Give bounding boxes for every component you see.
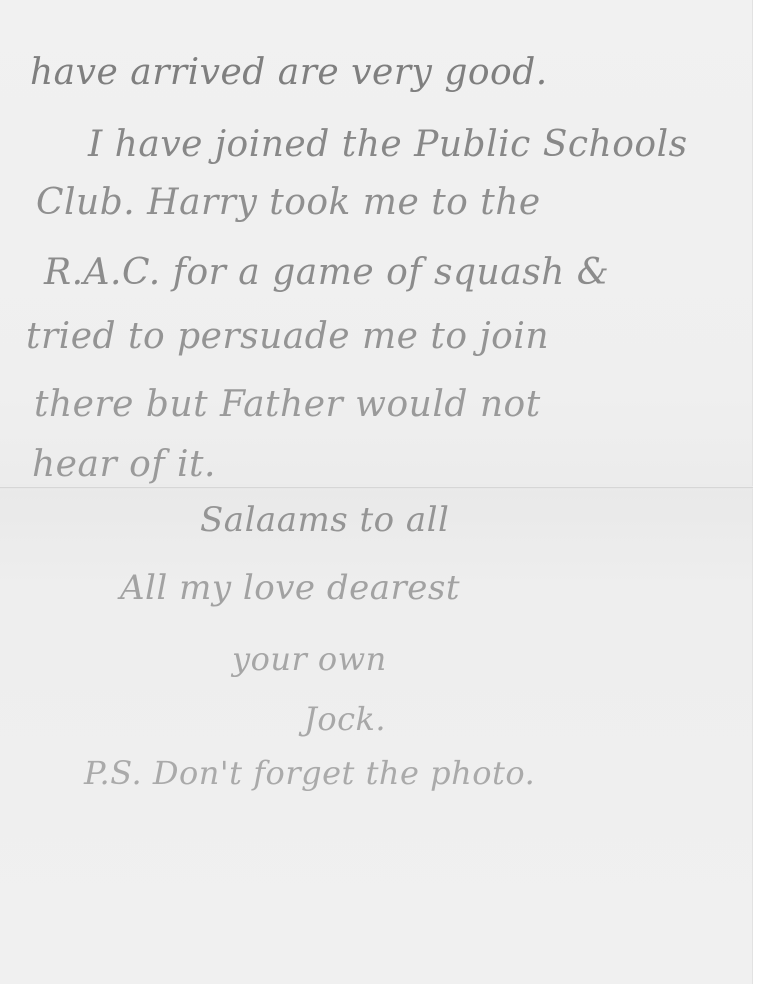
letter-page: have arrived are very good. I have joine…: [0, 0, 753, 984]
letter-body-line-3: Club. Harry took me to the: [36, 182, 541, 223]
postscript: P.S. Don't forget the photo.: [84, 754, 535, 792]
letter-body-line-6: there but Father would not: [34, 384, 541, 425]
letter-body-line-7: hear of it.: [32, 444, 216, 485]
closing-love: All my love dearest: [120, 568, 460, 608]
letter-body-line-5: tried to persuade me to join: [26, 316, 549, 357]
letter-body-line-4: R.A.C. for a game of squash &: [44, 252, 609, 293]
letter-body-line-1: have arrived are very good.: [30, 52, 548, 93]
paper-fold-crease: [0, 486, 753, 489]
closing-valediction: your own: [232, 640, 387, 678]
letter-body-line-2: I have joined the Public Schools: [88, 124, 688, 165]
closing-greeting: Salaams to all: [200, 500, 449, 540]
signature: Jock.: [304, 700, 386, 738]
